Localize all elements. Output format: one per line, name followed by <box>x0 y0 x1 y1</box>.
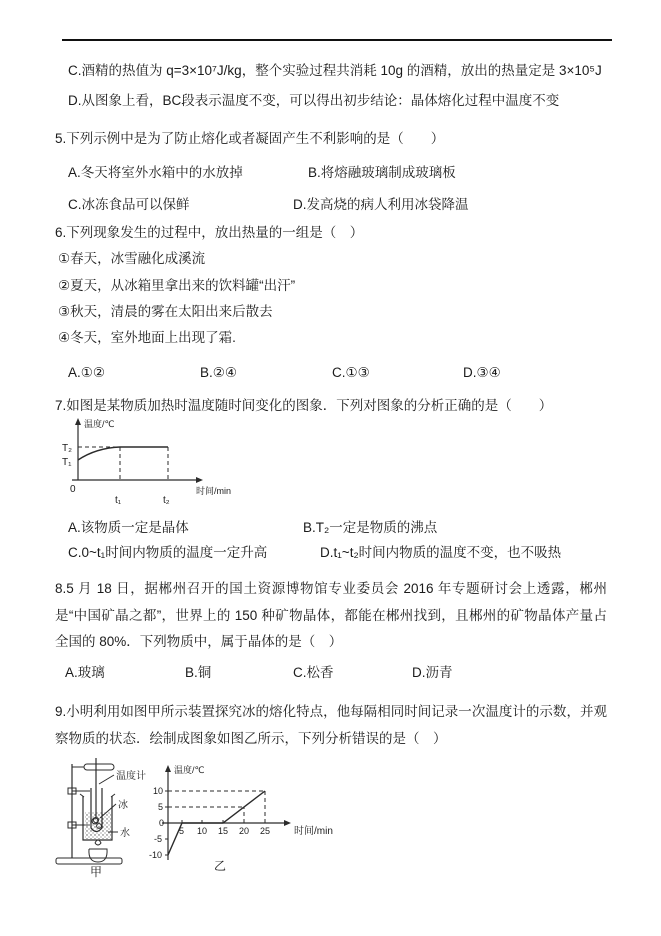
ytick-neg10: -10 <box>149 850 162 860</box>
thermometer-label: 温度计 <box>116 769 146 782</box>
x-axis-arrow <box>196 477 203 483</box>
q4-option-c: C.酒精的热值为 q=3×10⁷J/kg，整个实验过程共消耗 10g 的酒精，放… <box>68 63 602 78</box>
graph-caption: 乙 <box>214 859 226 873</box>
q7-xlabel: 时间/min <box>196 485 231 496</box>
clamp <box>84 764 114 770</box>
q6-item-4: ④冬天，室外地面上出现了霜. <box>58 330 236 345</box>
q7-option-b: B.T₂一定是物质的沸点 <box>303 520 437 535</box>
q7-xt1-label: t₁ <box>115 495 122 506</box>
ytick-5: 5 <box>158 802 163 812</box>
apparatus-caption: 甲 <box>90 865 102 879</box>
q8-option-c: C.松香 <box>293 665 334 680</box>
xtick-10: 10 <box>197 826 207 836</box>
q9-melting-graph-figure: 10 5 0 -5 -10 5 10 15 20 25 温度/℃ 时间/min … <box>148 760 358 875</box>
q6-option-a: A.①② <box>68 365 105 380</box>
q9-xlabel: 时间/min <box>294 824 333 837</box>
water-region <box>85 812 111 839</box>
xtick-20: 20 <box>239 826 249 836</box>
heating-curve <box>78 447 168 460</box>
q6-option-c: C.①③ <box>332 365 370 380</box>
q6-item-1: ①春天，冰雪融化成溪流 <box>58 251 205 266</box>
q7-option-a: A.该物质一定是晶体 <box>68 520 189 535</box>
q7-t2-label: T₂ <box>62 443 72 454</box>
q5-option-a: A.冬天将室外水箱中的水放掉 <box>68 165 243 180</box>
q8-option-b: B.铜 <box>185 665 211 680</box>
q7-heating-curve-figure: 温度/℃ T₂ T₁ 0 t₁ t₂ 时间/min <box>48 414 263 514</box>
q5-stem: 5.下列示例中是为了防止熔化或者凝固产生不利影响的是（ ） <box>55 131 444 146</box>
q7-ylabel: 温度/℃ <box>84 418 115 429</box>
q9-ylabel: 温度/℃ <box>174 764 205 775</box>
q9-stem: 9.小明利用如图甲所示装置探究冰的熔化特点，他每隔相同时间记录一次温度计的示数，… <box>55 699 607 752</box>
q7-origin-label: 0 <box>70 484 76 495</box>
q5-option-b: B.将熔融玻璃制成玻璃板 <box>308 165 456 180</box>
ytick-0: 0 <box>159 818 164 828</box>
burner <box>89 849 107 862</box>
q7-stem: 7.如图是某物质加热时温度随时间变化的图象．下列对图象的分析正确的是（ ） <box>55 398 552 413</box>
water-label: 水 <box>120 826 130 839</box>
q4-option-d: D.从图象上看，BC段表示温度不变，可以得出初步结论：晶体熔化过程中温度不变 <box>68 93 559 108</box>
flame <box>95 840 101 845</box>
q6-stem: 6.下列现象发生的过程中，放出热量的一组是（ ） <box>55 225 363 240</box>
x-axis-arrow <box>284 820 291 826</box>
q7-option-c: C.0~t₁时间内物质的温度一定升高 <box>68 545 267 560</box>
q8-option-a: A.玻璃 <box>65 665 105 680</box>
q6-option-b: B.②④ <box>200 365 237 380</box>
xtick-15: 15 <box>218 826 228 836</box>
y-axis-arrow <box>75 418 81 425</box>
ice-label: 冰 <box>118 798 128 811</box>
q7-option-d: D.t₁~t₂时间内物质的温度不变，也不吸热 <box>320 545 561 560</box>
q8-option-d: D.沥青 <box>412 665 453 680</box>
exam-page: C.酒精的热值为 q=3×10⁷J/kg，整个实验过程共消耗 10g 的酒精，放… <box>0 0 661 936</box>
q6-item-2: ②夏天，从冰箱里拿出来的饮料罐“出汗” <box>58 278 295 293</box>
ytick-10: 10 <box>153 786 163 796</box>
ytick-neg5: -5 <box>154 834 162 844</box>
stand-base <box>56 858 122 864</box>
top-divider <box>62 39 612 41</box>
q6-option-d: D.③④ <box>463 365 501 380</box>
xtick-25: 25 <box>260 826 270 836</box>
xtick-5: 5 <box>179 826 184 836</box>
q5-option-c: C.冰冻食品可以保鲜 <box>68 197 190 212</box>
y-axis-arrow <box>165 765 171 772</box>
q6-item-3: ③秋天，清晨的雾在太阳出来后散去 <box>58 304 273 319</box>
q5-option-d: D.发高烧的病人利用冰袋降温 <box>293 197 469 212</box>
q8-stem: 8.5 月 18 日，据郴州召开的国土资源博物馆专业委员会 2016 年专题研讨… <box>55 576 607 656</box>
q7-t1-label: T₁ <box>62 457 72 468</box>
q7-xt2-label: t₂ <box>163 495 170 506</box>
